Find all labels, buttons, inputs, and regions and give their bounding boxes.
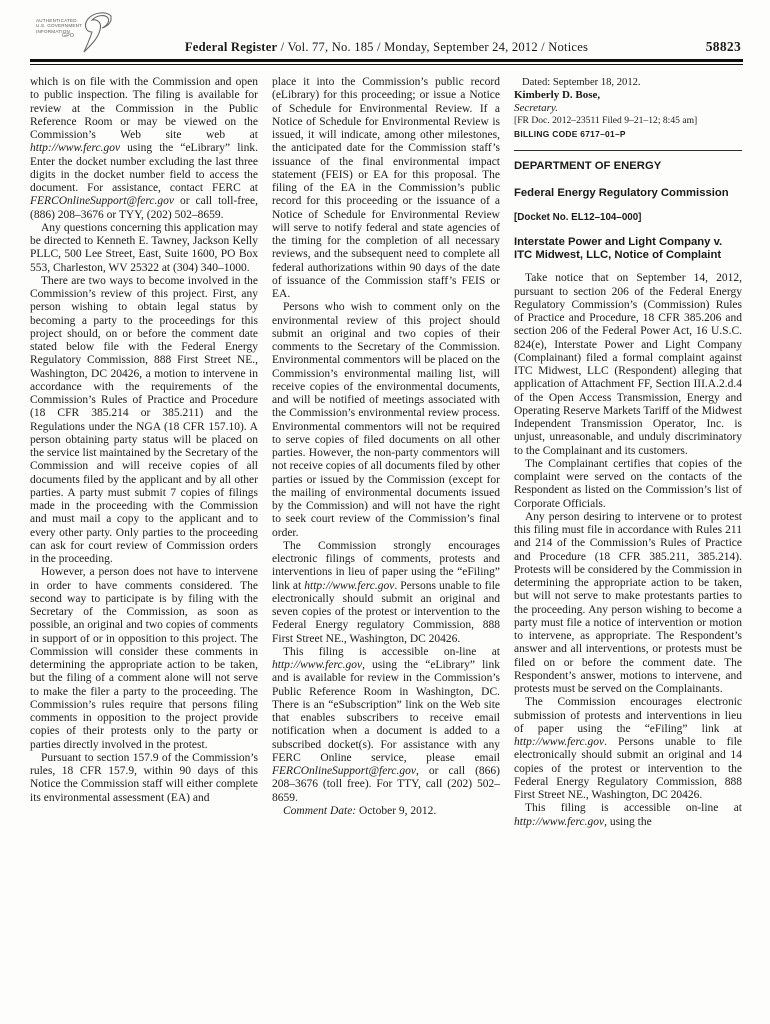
text-run: Secretary. <box>514 102 558 114</box>
paragraph: However, a person does not have to inter… <box>30 566 258 752</box>
sig-role: Secretary. <box>514 102 742 115</box>
text-run: Persons who wish to comment only on the … <box>272 301 500 538</box>
paragraph: The Commission encourages electronic sub… <box>514 696 742 802</box>
text-run: which is on file with the Commission and… <box>30 76 258 141</box>
paragraph: This filing is accessible on-line at htt… <box>514 802 742 829</box>
paragraph: place it into the Commission’s public re… <box>272 76 500 301</box>
text-run: Any questions concerning this applicatio… <box>30 222 258 274</box>
column-2: place it into the Commission’s public re… <box>272 76 500 1024</box>
text-run: Any person desiring to intervene or to p… <box>514 511 742 695</box>
inline-reference: http://www.ferc.gov <box>30 142 120 154</box>
column-1: which is on file with the Commission and… <box>30 76 258 1024</box>
agency-heading: Federal Energy Regulatory Commission <box>514 187 742 200</box>
inline-reference: FERCOnlineSupport@ferc.gov <box>30 195 174 207</box>
text-run: The Complainant certifies that copies of… <box>514 458 742 510</box>
text-run: Kimberly D. Bose, <box>514 89 600 101</box>
paragraph: Pursuant to section 157.9 of the Commiss… <box>30 752 258 805</box>
text-run: , using the <box>604 816 652 828</box>
paragraph: Persons who wish to comment only on the … <box>272 301 500 540</box>
text-run: October 9, 2012. <box>356 805 436 817</box>
paragraph: Take notice that on September 14, 2012, … <box>514 272 742 458</box>
paragraph: The Commission strongly encourages elect… <box>272 540 500 646</box>
masthead-rule <box>30 59 743 65</box>
frdoc: [FR Doc. 2012–23511 Filed 9–21–12; 8:45 … <box>514 115 742 127</box>
inline-reference: http://www.ferc.gov <box>272 659 362 671</box>
inline-reference: http://www.ferc.gov <box>514 736 604 748</box>
paragraph: This filing is accessible on-line at htt… <box>272 646 500 805</box>
dept-heading: DEPARTMENT OF ENERGY <box>514 160 742 173</box>
text-run: This filing is accessible on-line at <box>283 646 500 658</box>
text-run: place it into the Commission’s public re… <box>272 76 500 300</box>
paragraph: Any person desiring to intervene or to p… <box>514 511 742 697</box>
federal-register-page: AUTHENTICATED U.S. GOVERNMENT INFORMATIO… <box>0 0 770 1024</box>
masthead: Federal Register / Vol. 77, No. 185 / Mo… <box>30 40 743 58</box>
text-run: DEPARTMENT OF ENERGY <box>514 160 661 172</box>
issue-info: / Vol. 77, No. 185 / Monday, September 2… <box>277 40 588 54</box>
paragraph: The Complainant certifies that copies of… <box>514 458 742 511</box>
text-run: This filing is accessible on-line at <box>525 802 742 814</box>
text-run: However, a person does not have to inter… <box>30 566 258 750</box>
notice-heading: Interstate Power and Light Company v. IT… <box>514 236 742 262</box>
inline-reference: FERCOnlineSupport@ferc.gov <box>272 765 416 777</box>
text-run: Federal Energy Regulatory Commission <box>514 187 729 199</box>
text-run: The Commission encourages electronic sub… <box>514 696 742 735</box>
text-run: There are two ways to become involved in… <box>30 275 258 565</box>
text-run: Dated: September 18, 2012. <box>522 77 641 88</box>
inline-reference: Comment Date: <box>283 805 356 817</box>
text-run: Interstate Power and Light Company v. IT… <box>514 236 722 261</box>
section-divider <box>514 150 742 151</box>
inline-reference: http://www.ferc.gov <box>304 580 394 592</box>
paragraph: which is on file with the Commission and… <box>30 76 258 222</box>
paragraph: There are two ways to become involved in… <box>30 275 258 567</box>
page-number: 58823 <box>706 39 741 55</box>
text-run: , using the “eLibrary” link and is avail… <box>272 659 500 764</box>
signature: Kimberly D. Bose, <box>514 89 742 102</box>
billing: BILLING CODE 6717–01–P <box>514 129 742 140</box>
gpo-logo-text: AUTHENTICATED U.S. GOVERNMENT INFORMATIO… <box>36 10 82 40</box>
paragraph: Comment Date: October 9, 2012. <box>272 805 500 818</box>
journal-name: Federal Register <box>185 40 277 54</box>
paragraph: Any questions concerning this applicatio… <box>30 222 258 275</box>
text-run: [Docket No. EL12–104–000] <box>514 212 641 223</box>
inline-reference: http://www.ferc.gov <box>514 816 604 828</box>
column-3: Dated: September 18, 2012.Kimberly D. Bo… <box>514 76 742 1024</box>
masthead-title: Federal Register / Vol. 77, No. 185 / Mo… <box>30 40 743 55</box>
text-run: BILLING CODE 6717–01–P <box>514 129 626 139</box>
text-run: Take notice that on September 14, 2012, … <box>514 272 742 456</box>
docket: [Docket No. EL12–104–000] <box>514 212 742 223</box>
text-run: Pursuant to section 157.9 of the Commiss… <box>30 752 258 804</box>
dated: Dated: September 18, 2012. <box>514 76 742 89</box>
article-columns: which is on file with the Commission and… <box>30 76 743 1024</box>
text-run: [FR Doc. 2012–23511 Filed 9–21–12; 8:45 … <box>514 115 697 126</box>
